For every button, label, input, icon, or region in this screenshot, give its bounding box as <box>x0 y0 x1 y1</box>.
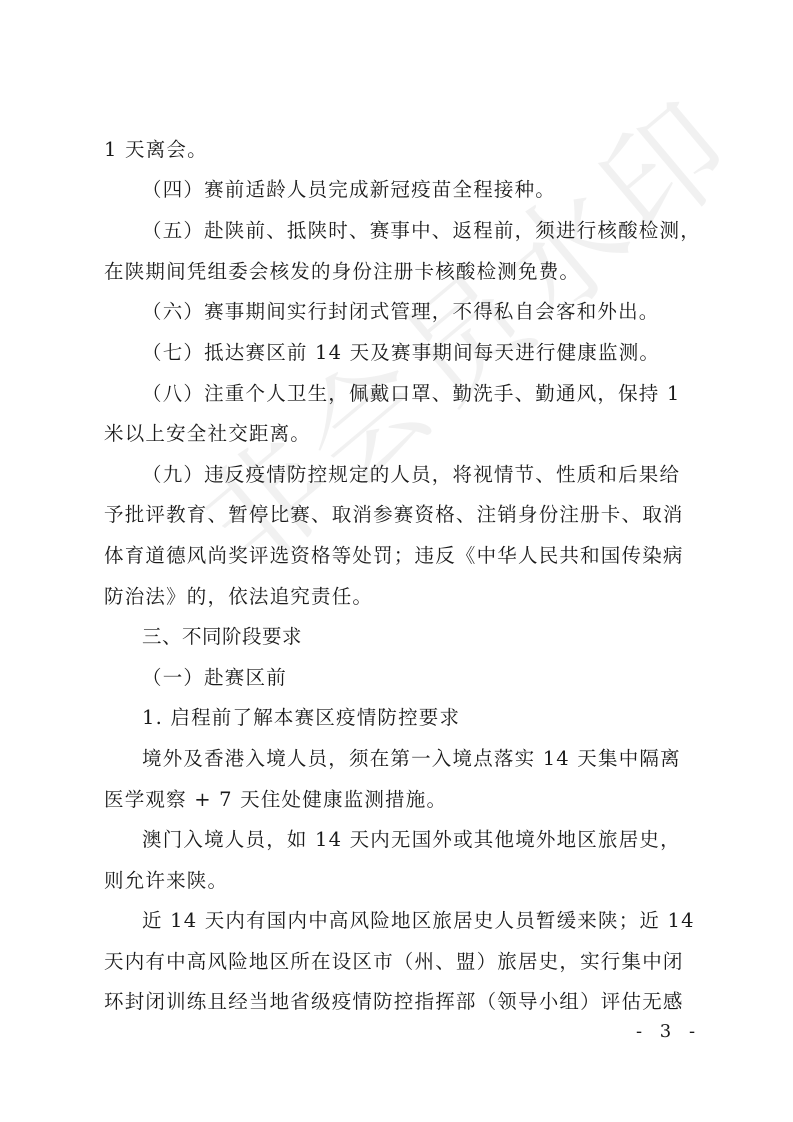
document-page: 非会员水印 1 天离会。（四）赛前适龄人员完成新冠疫苗全程接种。（五）赴陕前、抵… <box>0 0 793 1122</box>
paragraph-line: （八）注重个人卫生，佩戴口罩、勤洗手、勤通风，保持 1 <box>142 382 732 406</box>
paragraph-line: （六）赛事期间实行封闭式管理，不得私自会客和外出。 <box>142 300 732 324</box>
paragraph-line: 1 天离会。 <box>104 138 694 162</box>
paragraph-line: 体育道德风尚奖评选资格等处罚；违反《中华人民共和国传染病 <box>104 544 694 568</box>
paragraph-line: 米以上安全社交距离。 <box>104 422 694 446</box>
paragraph-line: 境外及香港入境人员，须在第一入境点落实 14 天集中隔离 <box>142 747 732 771</box>
paragraph-line: 1. 启程前了解本赛区疫情防控要求 <box>142 706 732 730</box>
paragraph-line: 澳门入境人员，如 14 天内无国外或其他境外地区旅居史， <box>142 828 732 852</box>
paragraph-line: （七）抵达赛区前 14 天及赛事期间每天进行健康监测。 <box>142 341 732 365</box>
page-number: - 3 - <box>636 1021 701 1042</box>
paragraph-line: 防治法》的，依法追究责任。 <box>104 585 694 609</box>
paragraph-line: 环封闭训练且经当地省级疫情防控指挥部（领导小组）评估无感 <box>104 990 694 1014</box>
paragraph-line: （五）赴陕前、抵陕时、赛事中、返程前，须进行核酸检测， <box>142 219 732 243</box>
paragraph-line: （四）赛前适龄人员完成新冠疫苗全程接种。 <box>142 178 732 202</box>
section-heading: 三、不同阶段要求 <box>142 625 732 649</box>
paragraph-line: 天内有中高风险地区所在设区市（州、盟）旅居史，实行集中闭 <box>104 950 694 974</box>
paragraph-line: （一）赴赛区前 <box>142 666 732 690</box>
paragraph-line: 则允许来陕。 <box>104 869 694 893</box>
paragraph-line: 近 14 天内有国内中高风险地区旅居史人员暂缓来陕；近 14 <box>142 909 732 933</box>
paragraph-line: 医学观察 + 7 天住处健康监测措施。 <box>104 788 694 812</box>
paragraph-line: （九）违反疫情防控规定的人员，将视情节、性质和后果给 <box>142 463 732 487</box>
paragraph-line: 在陕期间凭组委会核发的身份注册卡核酸检测免费。 <box>104 260 694 284</box>
paragraph-line: 予批评教育、暂停比赛、取消参赛资格、注销身份注册卡、取消 <box>104 503 694 527</box>
